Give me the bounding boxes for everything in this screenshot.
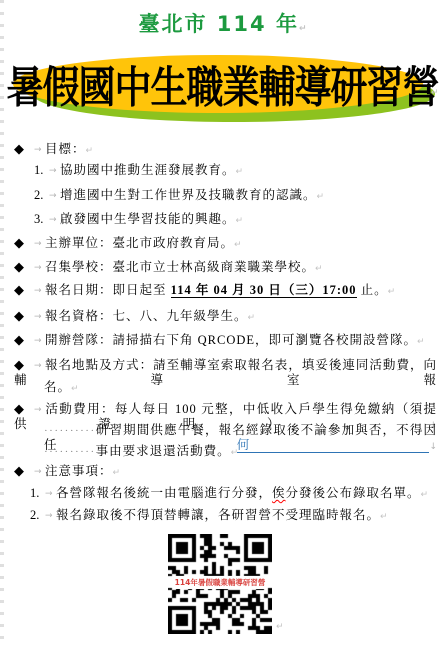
- tab-formatting-mark: →: [49, 164, 60, 178]
- tab-formatting-mark: →: [34, 403, 45, 417]
- bullet-diamond: ◆: [14, 142, 34, 156]
- paragraph-mark: ↵: [417, 337, 425, 347]
- paragraph-mark: ↵: [236, 167, 244, 177]
- list-number: 1.: [30, 486, 45, 500]
- list-number: 2.: [34, 188, 49, 202]
- goals-heading: ◆→目標：↵: [14, 142, 93, 158]
- paragraph-mark: ↵: [231, 448, 239, 458]
- tab-formatting-mark: →: [34, 143, 45, 157]
- text-segment: 止。: [357, 283, 388, 297]
- note-item-1: 1.→各營隊報名後統一由電腦進行分發，俟分發後公布錄取名單。↵: [30, 486, 428, 502]
- tab-formatting-mark: →: [49, 213, 60, 227]
- paragraph-mark: ↵: [317, 192, 325, 202]
- qr-code: 114年暑假職業輔導研習營: [168, 534, 272, 634]
- paragraph-mark: ↵: [234, 240, 242, 250]
- paragraph-mark: ↵: [276, 622, 284, 632]
- notes-heading: ◆→注意事項：↵: [14, 464, 120, 480]
- paragraph-mark: ↵: [431, 88, 439, 98]
- text-segment: 注意事項：: [45, 464, 113, 478]
- tab-formatting-mark: →: [45, 509, 56, 523]
- tab-formatting-mark: →: [49, 189, 60, 203]
- tab-formatting-mark: →: [34, 237, 45, 251]
- paragraph-mark: ↵: [86, 146, 94, 156]
- organizer-line: ◆→主辦單位：臺北市政府教育局。↵: [14, 236, 242, 252]
- paragraph-mark: ↵: [421, 490, 429, 500]
- text-segment: 報名錄取後不得頂替轉讓，各研習營不受理臨時報名。: [56, 508, 380, 522]
- camps-qrcode-line: ◆→開辦營隊：請掃描右下角 QRCODE，即可瀏覽各校開設營隊。↵: [14, 333, 425, 349]
- text-segment: 啟發國中生學習技能的興趣。: [60, 212, 236, 226]
- list-number: 3.: [34, 212, 49, 226]
- camp-year-subtitle: 臺北市 114 年↵: [0, 8, 445, 38]
- bullet-diamond: ◆: [14, 283, 34, 297]
- paragraph-mark: ↵: [299, 24, 307, 34]
- paragraph-mark: ↵: [380, 512, 388, 522]
- text-segment: 各營隊報名後統一由電腦進行分發，: [56, 486, 272, 500]
- tab-formatting-mark: →: [34, 359, 45, 373]
- paragraph-mark: ↵: [71, 384, 79, 394]
- eligibility-line: ◆→報名資格：七、八、九年級學生。↵: [14, 309, 255, 325]
- text-segment: ··········: [44, 425, 96, 437]
- camp-title: 暑假國中生職業輔導研習營: [0, 52, 445, 116]
- goal-item-2: 2.→增進國中生對工作世界及技職教育的認識。↵: [34, 188, 324, 204]
- bullet-diamond: ◆: [14, 333, 34, 347]
- paragraph-mark: ↵: [236, 216, 244, 226]
- paragraph-mark: ↵: [388, 287, 396, 297]
- tab-formatting-mark: →: [34, 465, 45, 479]
- paragraph-mark: ↵: [315, 264, 323, 274]
- list-number: 2.: [30, 508, 45, 522]
- bullet-diamond: ◆: [14, 464, 34, 478]
- paragraph-mark: ↵: [248, 313, 256, 323]
- text-segment: 目標：: [45, 142, 86, 156]
- text-segment: 開辦營隊：請掃描右下角 QRCODE，即可瀏覽各校開設營隊。: [45, 333, 417, 347]
- line-break-mark: ↓: [429, 442, 437, 452]
- text-segment: 報名日期：即日起至: [45, 283, 171, 297]
- bullet-diamond: ◆: [14, 236, 34, 250]
- document-page: 臺北市 114 年↵ 暑假國中生職業輔導研習營 ↵ ◆→目標：↵1.→協助國中推…: [0, 0, 445, 647]
- text-segment: 俟: [272, 486, 286, 500]
- list-number: 1.: [34, 163, 49, 177]
- text-segment: 報名資格：七、八、九年級學生。: [45, 309, 248, 323]
- text-segment: ··········: [44, 446, 96, 458]
- bullet-diamond: ◆: [14, 358, 34, 372]
- text-segment: 名。: [44, 380, 71, 394]
- text-segment: 召集學校：臺北市立士林高級商業職業學校。: [45, 260, 315, 274]
- tab-formatting-mark: →: [45, 487, 56, 501]
- goal-item-3: 3.→啟發國中生學習技能的興趣。↵: [34, 212, 243, 228]
- goal-item-1: 1.→協助國中推動生涯發展教育。↵: [34, 163, 243, 179]
- text-segment: 協助國中推動生涯發展教育。: [60, 163, 236, 177]
- bullet-diamond: ◆: [14, 402, 34, 416]
- text-segment: 114 年 04 月 30 日（三）17:00: [171, 283, 357, 298]
- tab-formatting-mark: →: [34, 284, 45, 298]
- text-segment: 分發後公布錄取名單。: [286, 486, 421, 500]
- bullet-diamond: ◆: [14, 309, 34, 323]
- tab-formatting-mark: →: [34, 261, 45, 275]
- tab-formatting-mark: →: [34, 334, 45, 348]
- text-segment: 主辦單位：臺北市政府教育局。: [45, 236, 234, 250]
- text-segment: 何: [237, 438, 430, 453]
- paragraph-mark: ↵: [113, 468, 121, 478]
- registration-date-line: ◆→報名日期：即日起至 114 年 04 月 30 日（三）17:00 止。↵: [14, 283, 395, 299]
- text-segment: 增進國中生對工作世界及技職教育的認識。: [60, 188, 317, 202]
- note-item-2: 2.→報名錄取後不得頂替轉讓，各研習營不受理臨時報名。↵: [30, 508, 388, 524]
- fee-line-3: ··········事由要求退還活動費。↵: [44, 444, 238, 460]
- text-segment: 事由要求退還活動費。: [96, 444, 231, 458]
- camp-year-subtitle-text: 臺北市 114 年: [138, 12, 298, 36]
- qr-code-caption: 114年暑假職業輔導研習營: [174, 576, 267, 589]
- convener-school-line: ◆→召集學校：臺北市立士林高級商業職業學校。↵: [14, 260, 323, 276]
- registration-place-line-2: 名。↵: [44, 380, 79, 396]
- tab-formatting-mark: →: [34, 310, 45, 324]
- bullet-diamond: ◆: [14, 260, 34, 274]
